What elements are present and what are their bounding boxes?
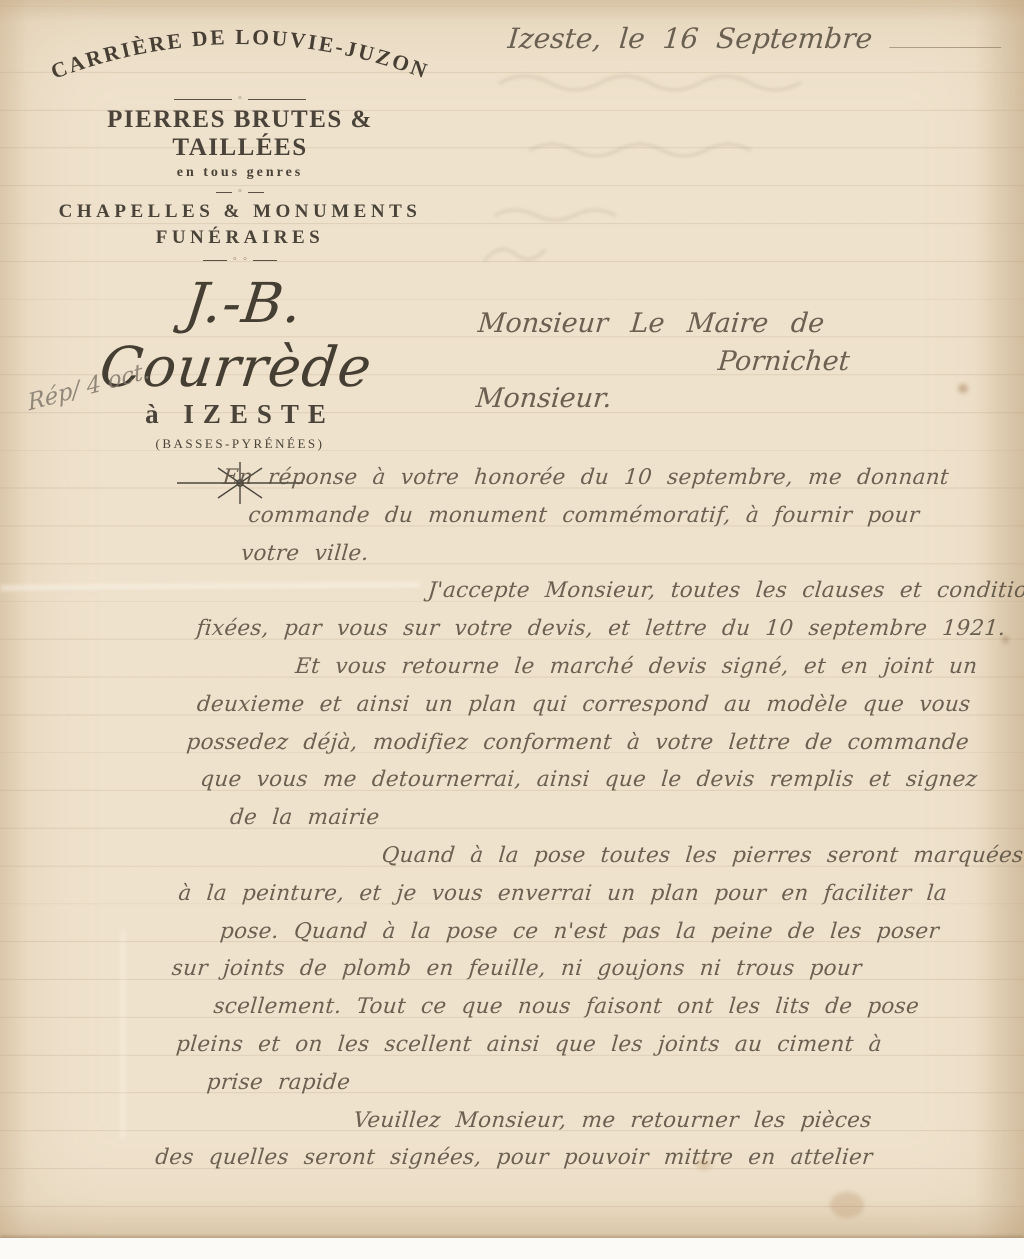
recipient-line-1: Monsieur Le Maire de bbox=[477, 308, 826, 339]
scan-background-strip bbox=[0, 1238, 1024, 1259]
body-line: à la peinture, et je vous enverrai un pl… bbox=[172, 875, 1005, 913]
paper-stain bbox=[958, 384, 968, 393]
body-line: sur joints de plomb en feuille, ni goujo… bbox=[165, 950, 998, 988]
body-line: Veuillez Monsieur, me retourner les pièc… bbox=[152, 1102, 985, 1140]
letter-body: En réponse à votre honorée du 10 septemb… bbox=[149, 459, 1024, 1177]
body-line: prise rapide bbox=[155, 1064, 988, 1102]
circle-ornament-icon: ◦ bbox=[232, 256, 237, 265]
body-line: pleins et on les scellent ainsi que les … bbox=[159, 1026, 992, 1064]
letter-page: CARRIÈRE DE LOUVIE-JUZON ◦ PIERRES BRUTE… bbox=[0, 0, 1024, 1259]
body-line: deuxieme et ainsi un plan qui correspond… bbox=[188, 686, 1021, 724]
ornament-divider: ◦ bbox=[40, 95, 440, 104]
body-line: votre ville. bbox=[201, 535, 1024, 573]
ornament-small: ◦ bbox=[40, 188, 440, 197]
company-name-arc: CARRIÈRE DE LOUVIE-JUZON bbox=[45, 6, 435, 84]
body-line: Quand à la pose toutes les pierres seron… bbox=[175, 837, 1008, 875]
svg-text:CARRIÈRE DE LOUVIE-JUZON: CARRIÈRE DE LOUVIE-JUZON bbox=[48, 25, 433, 84]
body-line: J'accepte Monsieur, toutes les clauses e… bbox=[198, 572, 1024, 610]
body-line: des quelles seront signées, pour pouvoir… bbox=[149, 1139, 982, 1177]
body-line: fixées, par vous sur votre devis, et let… bbox=[195, 610, 1024, 648]
body-line: possedez déjà, modifiez conforment à vot… bbox=[185, 724, 1018, 762]
products-line: PIERRES BRUTES & TAILLÉES bbox=[40, 106, 440, 162]
body-line: scellement. Tout ce que nous faisont ont… bbox=[162, 988, 995, 1026]
services-line-1: CHAPELLES & MONUMENTS bbox=[40, 201, 440, 223]
paper-stain bbox=[696, 1158, 712, 1170]
circle-ornament-icon: ◦ bbox=[237, 95, 242, 104]
dateline-place-date: Izeste, le 16 Septembre bbox=[507, 22, 874, 55]
ink-bleedthrough bbox=[470, 55, 990, 305]
date-fill-line bbox=[889, 47, 1001, 48]
ornament-divider-2: ◦ ◦ bbox=[40, 256, 440, 265]
location-line: à IZESTE bbox=[40, 399, 440, 430]
recipient-line-2: Pornichet bbox=[717, 346, 851, 377]
letterhead: CARRIÈRE DE LOUVIE-JUZON ◦ PIERRES BRUTE… bbox=[40, 6, 440, 510]
body-line: En réponse à votre honorée du 10 septemb… bbox=[208, 459, 1024, 497]
products-subtitle: en tous genres bbox=[40, 165, 440, 181]
paper-crease bbox=[120, 930, 126, 1140]
dateline: Izeste, le 16 Septembre 1921 bbox=[507, 22, 1024, 55]
services-line-2: FUNÉRAIRES bbox=[40, 227, 440, 249]
body-line: commande du monument commémoratif, à fou… bbox=[205, 497, 1024, 535]
circle-ornament-icon: ◦ bbox=[237, 188, 242, 197]
body-line: Et vous retourne le marché devis signé, … bbox=[192, 648, 1024, 686]
body-line: de la mairie bbox=[178, 799, 1011, 837]
body-line: pose. Quand à la pose ce n'est pas la pe… bbox=[168, 913, 1001, 951]
paper-stain bbox=[830, 1192, 864, 1218]
company-name: CARRIÈRE DE LOUVIE-JUZON bbox=[48, 25, 433, 84]
paper-stain bbox=[1002, 636, 1009, 643]
salutation: Monsieur. bbox=[475, 383, 613, 414]
department-line: (BASSES-PYRÉNÉES) bbox=[40, 436, 440, 452]
body-line: que vous me detournerrai, ainsi que le d… bbox=[182, 761, 1015, 799]
circle-ornament-icon: ◦ bbox=[243, 256, 248, 265]
